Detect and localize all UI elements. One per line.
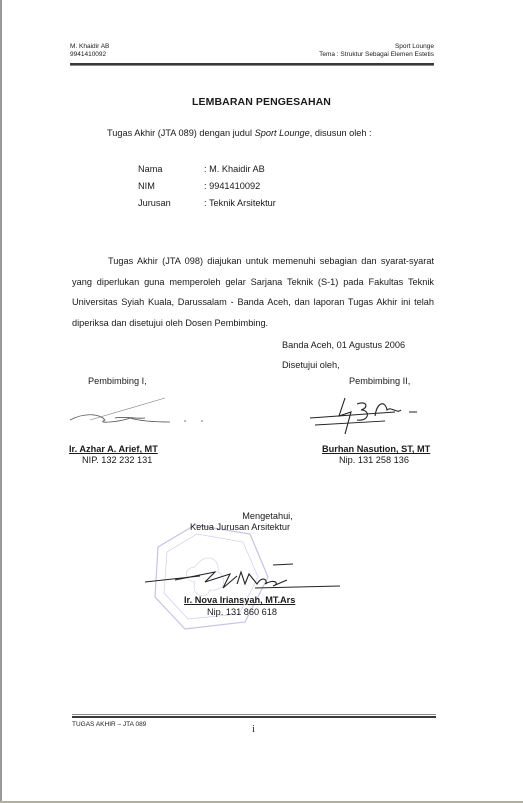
footer-divider — [72, 714, 436, 715]
header-divider — [70, 65, 434, 66]
page-edge — [0, 0, 2, 803]
supervisor-1-nip: NIP. 132 232 131 — [82, 455, 152, 465]
header-left: M. Khaidir AB 9941410092 — [70, 43, 109, 59]
supervisor-1-role: Pembimbing I, — [88, 376, 147, 386]
intro-text: , disusun oleh : — [310, 128, 372, 138]
identity-label: Nama — [138, 164, 204, 181]
place-date: Banda Aceh, 01 Agustus 2006 — [282, 335, 405, 355]
signature-supervisor-2 — [305, 392, 445, 437]
header-theme: Tema : Struktur Sebagai Elemen Estetis — [319, 51, 434, 59]
signature-department-head — [145, 560, 345, 600]
acknowledged-label: Mengetahui, — [0, 511, 523, 521]
header-right: Sport Lounge Tema : Struktur Sebagai Ele… — [319, 43, 434, 59]
footer-label: TUGAS AKHIR – JTA 089 — [72, 721, 146, 728]
identity-row: Jurusan : Teknik Arsitektur — [138, 198, 276, 215]
body-text: Tugas Akhir (JTA 098) diajukan untuk mem… — [72, 256, 434, 328]
supervisor-2-nip: Nip. 131 258 136 — [339, 455, 409, 465]
head-name: Ir. Nova Iriansyah, MT.Ars — [184, 595, 295, 605]
header-author: M. Khaidir AB — [70, 43, 109, 51]
header-project: Sport Lounge — [319, 43, 434, 51]
footer-divider — [72, 716, 436, 718]
page-number: i — [252, 724, 255, 735]
signature-supervisor-1 — [60, 392, 230, 432]
approval-block: Banda Aceh, 01 Agustus 2006 Disetujui ol… — [282, 335, 405, 375]
supervisor-1-name: Ir. Azhar A. Arief, MT — [69, 444, 158, 454]
identity-value: : M. Khaidir AB — [204, 164, 265, 181]
identity-label: NIM — [138, 181, 204, 198]
head-role: Ketua Jurusan Arsitektur — [190, 522, 290, 532]
supervisor-2-role: Pembimbing II, — [349, 376, 410, 386]
page-title: LEMBARAN PENGESAHAN — [0, 96, 523, 108]
identity-value: : 9941410092 — [204, 181, 260, 198]
header-student-id: 9941410092 — [70, 51, 109, 59]
body-paragraph: Tugas Akhir (JTA 098) diajukan untuk mem… — [72, 251, 434, 333]
identity-row: Nama : M. Khaidir AB — [138, 164, 276, 181]
supervisor-2-name: Burhan Nasution, ST, MT — [322, 444, 430, 454]
intro-line: Tugas Akhir (JTA 089) dengan judul Sport… — [107, 128, 372, 138]
intro-project-title: Sport Lounge — [255, 128, 310, 138]
head-nip: Nip. 131 860 618 — [207, 607, 277, 617]
intro-text: Tugas Akhir (JTA 089) dengan judul — [107, 128, 255, 138]
identity-row: NIM : 9941410092 — [138, 181, 276, 198]
identity-value: : Teknik Arsitektur — [204, 198, 276, 215]
identity-label: Jurusan — [138, 198, 204, 215]
identity-table: Nama : M. Khaidir AB NIM : 9941410092 Ju… — [138, 164, 276, 215]
approved-by: Disetujui oleh, — [282, 355, 405, 375]
